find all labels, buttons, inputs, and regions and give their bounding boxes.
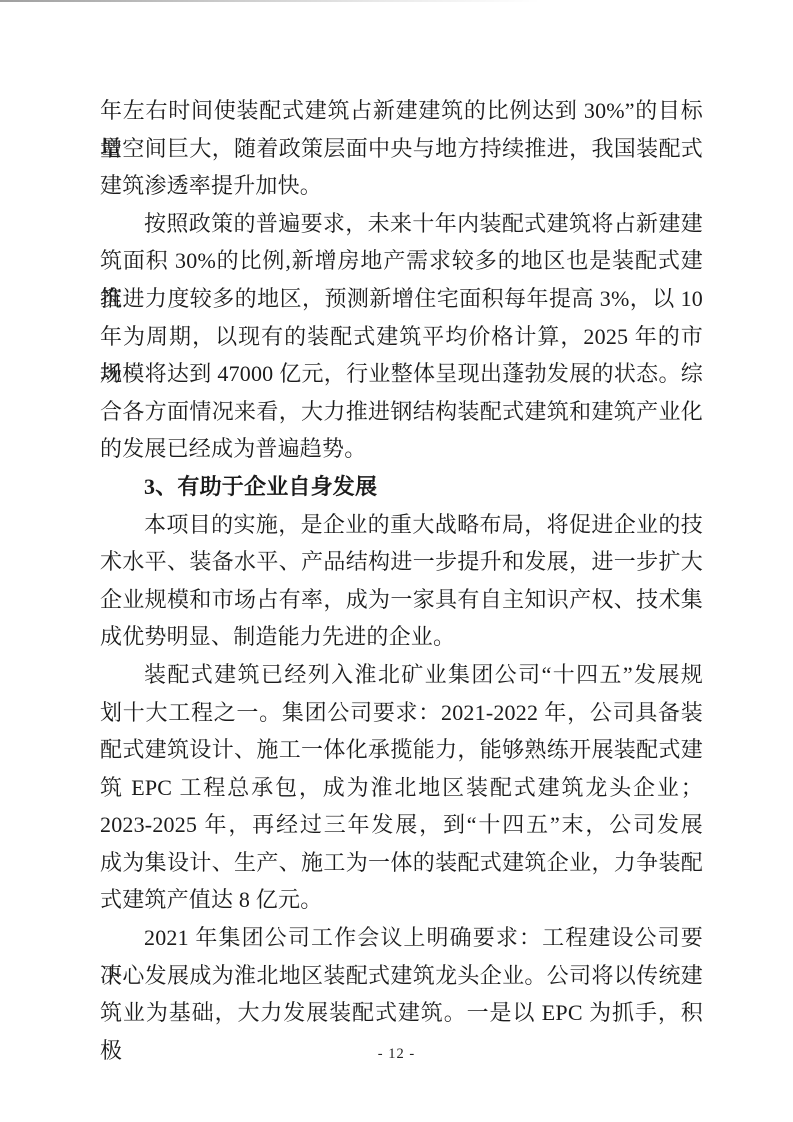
text-line: 装配式建筑已经列入淮北矿业集团公司“十四五”发展规 [100, 656, 703, 694]
text-line: 合各方面情况来看，大力推进钢结构装配式建筑和建筑产业化 [100, 393, 703, 431]
text-line: 量空间巨大，随着政策层面中央与地方持续推进，我国装配式 [100, 130, 703, 168]
text-line: 2021 年集团公司工作会议上明确要求：工程建设公司要下 [100, 919, 703, 957]
text-line: 企业规模和市场占有率，成为一家具有自主知识产权、技术集 [100, 581, 703, 619]
text-line: 配式建筑设计、施工一体化承揽能力，能够熟练开展装配式建 [100, 731, 703, 769]
text-line: 成为集设计、生产、施工为一体的装配式建筑企业，力争装配 [100, 844, 703, 882]
text-line: 年左右时间使装配式建筑占新建建筑的比例达到 30%”的目标增 [100, 92, 703, 130]
text-line: 按照政策的普遍要求，未来十年内装配式建筑将占新建建 [100, 205, 703, 243]
text-line: 式建筑产值达 8 亿元。 [100, 881, 703, 919]
text-line: 成优势明显、制造能力先进的企业。 [100, 618, 703, 656]
page-number: - 12 - [0, 1042, 793, 1066]
text-line: 决心发展成为淮北地区装配式建筑龙头企业。公司将以传统建 [100, 957, 703, 995]
text-line: 划十大工程之一。集团公司要求：2021-2022 年，公司具备装 [100, 694, 703, 732]
text-line: 筑面积 30%的比例,新增房地产需求较多的地区也是装配式建筑 [100, 242, 703, 280]
text-line: 规模将达到 47000 亿元，行业整体呈现出蓬勃发展的状态。综 [100, 355, 703, 393]
body-text-block: 年左右时间使装配式建筑占新建建筑的比例达到 30%”的目标增量空间巨大，随着政策… [100, 92, 703, 1032]
text-line: 筑业为基础，大力发展装配式建筑。一是以 EPC 为抓手，积极 [100, 994, 703, 1032]
text-line: 建筑渗透率提升加快。 [100, 167, 703, 205]
text-line: 年为周期，以现有的装配式建筑平均价格计算，2025 年的市场 [100, 318, 703, 356]
section-heading: 3、有助于企业自身发展 [100, 468, 703, 506]
text-line: 术水平、装备水平、产品结构进一步提升和发展，进一步扩大 [100, 543, 703, 581]
text-line: 的发展已经成为普遍趋势。 [100, 430, 703, 468]
text-line: 2023-2025 年，再经过三年发展，到“十四五”末，公司发展 [100, 806, 703, 844]
text-line: 筑 EPC 工程总承包，成为淮北地区装配式建筑龙头企业； [100, 769, 703, 807]
document-page: 年左右时间使装配式建筑占新建建筑的比例达到 30%”的目标增量空间巨大，随着政策… [0, 0, 793, 1122]
scan-edge-artifact [0, 0, 540, 2]
text-line: 推进力度较多的地区，预测新增住宅面积每年提高 3%，以 10 [100, 280, 703, 318]
text-line: 本项目的实施，是企业的重大战略布局，将促进企业的技 [100, 506, 703, 544]
